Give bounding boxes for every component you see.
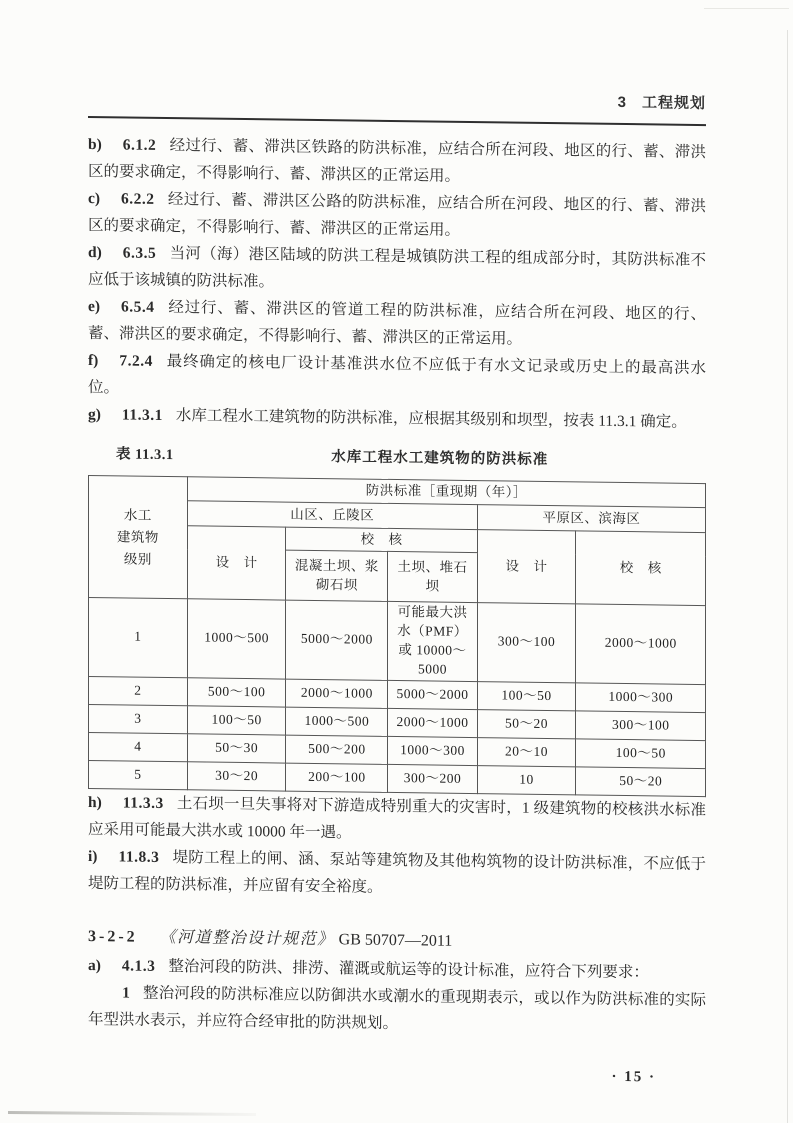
sub-item-1: 1整治河段的防洪标准应以防御洪水或潮水的重现期表示，或以作为防洪标准的实际年型洪… xyxy=(88,979,706,1041)
item-label: g) xyxy=(88,406,101,423)
table-cell: 2000～1000 xyxy=(286,679,388,708)
scan-edge-top xyxy=(704,8,789,9)
clause-text: 堤防工程上的闸、涵、泵站等建筑物及其他构筑物的设计防洪标准，不应低于堤防工程的防… xyxy=(88,849,706,896)
table-cell: 50～20 xyxy=(576,766,706,796)
clause-number: 11.8.3 xyxy=(118,848,159,866)
item-label: d) xyxy=(88,244,102,261)
clause-number: 7.2.4 xyxy=(119,352,153,369)
table-caption: 表 11.3.1 水库工程水工建筑物的防洪标准 xyxy=(88,441,706,476)
table-cell: 30～20 xyxy=(187,761,286,790)
table-cell: 300～100 xyxy=(576,710,706,740)
section-book-title: 《河道整治设计规范》 xyxy=(160,929,335,948)
item-label: a) xyxy=(88,957,101,974)
chapter-title: 工程规划 xyxy=(642,94,706,112)
clause-text: 经过行、蓄、滞洪区铁路的防洪标准，应结合所在河段、地区的行、蓄、滞洪区的要求确定… xyxy=(88,137,706,185)
item-label: i) xyxy=(88,848,97,865)
clause-item-f: f)7.2.4最终确定的核电厂设计基准洪水位不应低于有水文记录或历史上的最高洪水… xyxy=(88,347,706,409)
table-row: 1 1000～500 5000～2000 可能最大洪水（PMF）或 10000～… xyxy=(89,598,706,685)
table-header-mountain-region: 山区、丘陵区 xyxy=(187,501,477,530)
table-header-check-plain: 校 核 xyxy=(576,531,706,606)
table-cell: 500～100 xyxy=(187,677,286,706)
table-cell-grade: 2 xyxy=(89,676,188,705)
clause-text: 土石坝一旦失事将对下游造成特别重大的灾害时，1 级建筑物的校核洪水标准应采用可能… xyxy=(88,795,706,841)
clause-text: 当河（海）港区陆域的防洪工程是城镇防洪工程的组成部分时，其防洪标准不应低于该城镇… xyxy=(88,245,706,290)
table-caption-title: 水库工程水工建筑物的防洪标准 xyxy=(174,442,706,476)
table-header-dam-concrete: 混凝土坝、浆砌石坝 xyxy=(286,550,388,601)
table-header-design-mountain: 设 计 xyxy=(187,526,286,600)
table-cell: 10 xyxy=(477,765,576,794)
clause-item-h: h)11.3.3土石坝一旦失事将对下游造成特别重大的灾害时，1 级建筑物的校核洪… xyxy=(88,789,706,851)
clause-number: 4.1.3 xyxy=(122,957,156,974)
clause-item-b: b)6.1.2经过行、蓄、滞洪区铁路的防洪标准，应结合所在河段、地区的行、蓄、滞… xyxy=(88,131,706,193)
sub-item-text: 整治河段的防洪标准应以防御洪水或潮水的重现期表示，或以作为防洪标准的实际年型洪水… xyxy=(88,984,706,1031)
table-cell: 100～50 xyxy=(187,705,286,734)
stub-line: 水工 xyxy=(92,504,184,527)
clause-text: 经过行、蓄、滞洪区公路的防洪标准，应结合所在河段、地区的行、蓄、滞洪区的要求确定… xyxy=(88,191,706,239)
table-cell: 100～50 xyxy=(576,738,706,768)
table-cell: 20～10 xyxy=(477,737,576,766)
table-cell: 1000～500 xyxy=(286,707,388,736)
clause-number: 11.3.3 xyxy=(123,794,164,812)
clause-item-e: e)6.5.4经过行、蓄、滞洪区的管道工程的防洪标准，应结合所在河段、地区的行、… xyxy=(88,293,706,355)
table-cell: 50～30 xyxy=(187,733,286,762)
item-label: b) xyxy=(88,136,102,153)
clause-number: 6.3.5 xyxy=(123,244,157,261)
table-header-plain-region: 平原区、滨海区 xyxy=(477,505,705,533)
clause-number: 6.1.2 xyxy=(123,136,157,153)
item-label: h) xyxy=(88,794,102,811)
table-cell-pmf: 可能最大洪水（PMF）或 10000～5000 xyxy=(388,601,477,681)
standards-table: 水工 建筑物 级别 防洪标准［重现期（年）］ 山区、丘陵区 平原区、滨海区 设 … xyxy=(88,475,706,797)
table-cell: 500～200 xyxy=(286,735,388,764)
section-standard-code: GB 50707—2011 xyxy=(339,931,453,949)
table-header-check-mountain: 校 核 xyxy=(286,527,477,553)
clause-item-i: i)11.8.3堤防工程上的闸、涵、泵站等建筑物及其他构筑物的设计防洪标准，不应… xyxy=(88,843,706,905)
table-cell: 5000～2000 xyxy=(388,680,477,709)
table-cell: 2000～1000 xyxy=(576,604,706,684)
clause-text: 水库工程水工建筑物的防洪标准，应根据其级别和坝型，按表 11.3.1 确定。 xyxy=(176,407,687,431)
table-cell: 300～100 xyxy=(477,603,576,683)
page-content: 3工程规划 b)6.1.2经过行、蓄、滞洪区铁路的防洪标准，应结合所在河段、地区… xyxy=(88,82,706,1092)
clause-text: 整治河段的防洪、排涝、灌溉或航运等的设计标准，应符合下列要求： xyxy=(168,958,649,981)
stub-line: 级别 xyxy=(92,548,184,571)
table-stub-header: 水工 建筑物 级别 xyxy=(89,476,188,599)
table-cell: 1000～300 xyxy=(388,736,477,765)
table-cell-grade: 5 xyxy=(89,760,188,789)
sub-item-number: 1 xyxy=(122,984,130,1001)
table-cell: 200～100 xyxy=(286,763,388,792)
running-header: 3工程规划 xyxy=(88,82,706,126)
table-header-dam-earth: 土坝、堆石坝 xyxy=(388,551,477,602)
table-cell: 50～20 xyxy=(477,709,576,738)
clause-text: 经过行、蓄、滞洪区的管道工程的防洪标准，应结合所在河段、地区的行、蓄、滞洪区的要… xyxy=(88,299,706,348)
page-number: · 15 · xyxy=(88,1057,706,1092)
table-cell-grade: 1 xyxy=(89,598,188,678)
scan-edge-right xyxy=(787,30,788,1123)
scanned-page: 3工程规划 b)6.1.2经过行、蓄、滞洪区铁路的防洪标准，应结合所在河段、地区… xyxy=(0,0,793,1123)
clause-text: 最终确定的核电厂设计基准洪水位不应低于有水文记录或历史上的最高洪水位。 xyxy=(88,353,706,396)
table-cell-grade: 3 xyxy=(89,704,188,733)
clause-item-c: c)6.2.2经过行、蓄、滞洪区公路的防洪标准，应结合所在河段、地区的行、蓄、滞… xyxy=(88,185,706,247)
table-cell: 2000～1000 xyxy=(388,708,477,737)
table-cell: 1000～300 xyxy=(576,682,706,712)
clause-item-d: d)6.3.5当河（海）港区陆域的防洪工程是城镇防洪工程的组成部分时，其防洪标准… xyxy=(88,239,706,301)
table-cell-grade: 4 xyxy=(89,732,188,761)
clause-number: 6.5.4 xyxy=(121,298,155,315)
table-caption-label: 表 11.3.1 xyxy=(116,441,174,469)
item-label: f) xyxy=(88,352,98,369)
section-number: 3-2-2 xyxy=(88,928,138,946)
chapter-number: 3 xyxy=(618,94,627,111)
table-cell: 5000～2000 xyxy=(286,600,388,680)
table-cell: 1000～500 xyxy=(187,599,286,679)
item-label: c) xyxy=(88,190,100,207)
item-label: e) xyxy=(88,298,100,315)
clause-number: 6.2.2 xyxy=(121,190,155,207)
table-cell: 100～50 xyxy=(477,681,576,710)
clause-number: 11.3.1 xyxy=(122,406,163,424)
stub-line: 建筑物 xyxy=(92,526,184,549)
table-cell: 300～200 xyxy=(388,764,477,793)
table-header-design-plain: 设 计 xyxy=(477,530,576,604)
scan-artifact-line xyxy=(8,1111,256,1116)
